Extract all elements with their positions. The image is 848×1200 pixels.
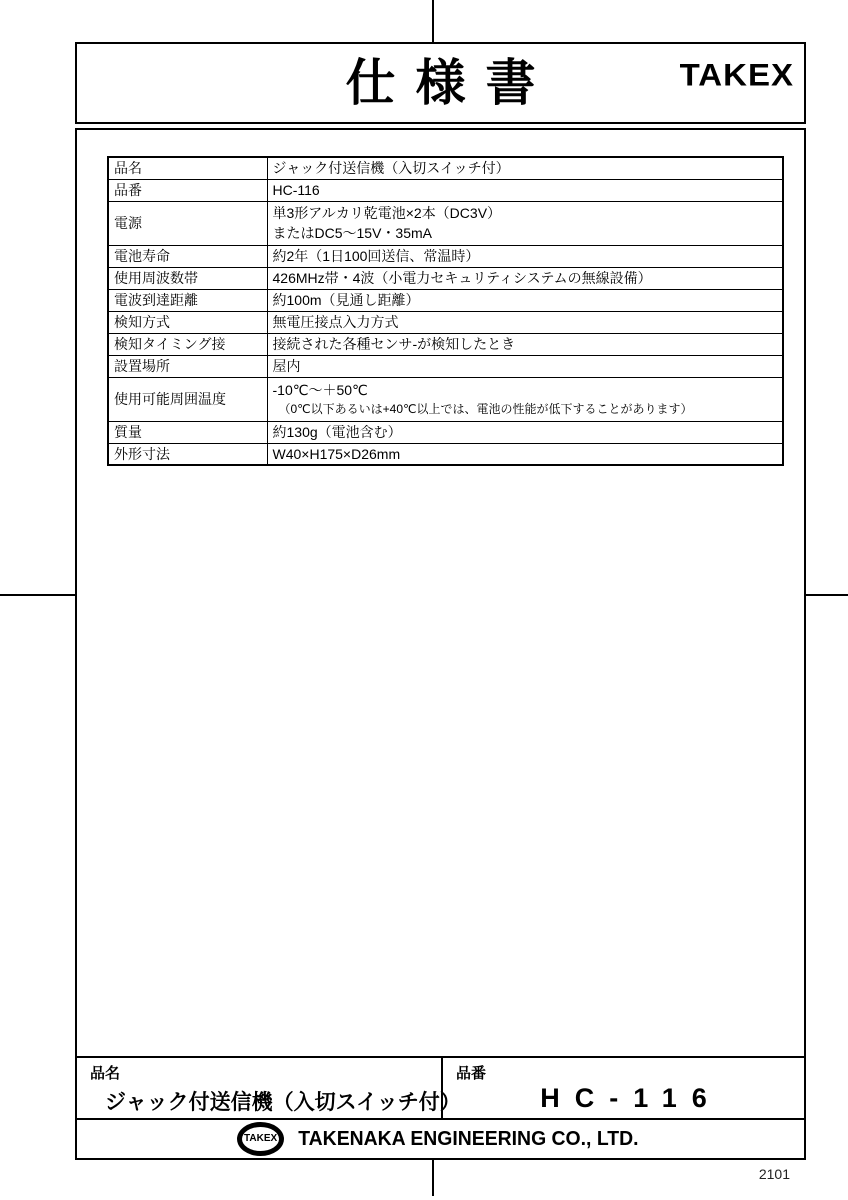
- table-row: 品名 ジャック付送信機（入切スイッチ付）: [108, 157, 783, 179]
- spec-value: -10℃～＋50℃ （0℃以下あるいは+40℃以上では、電池の性能が低下すること…: [267, 377, 783, 421]
- product-name-value: ジャック付送信機（入切スイッチ付）: [105, 1086, 441, 1116]
- table-row: 電源 単3形アルカリ乾電池×2本（DC3V） またはDC5～15V・35mA: [108, 201, 783, 245]
- spec-label: 電波到達距離: [108, 289, 267, 311]
- spec-value: 約130g（電池含む）: [267, 421, 783, 443]
- bottom-title-block: 品名 ジャック付送信機（入切スイッチ付） 品番 HC-116: [77, 1056, 804, 1118]
- takex-oval-logo-icon: TAKEX: [237, 1122, 284, 1156]
- table-row: 使用周波数帯 426MHz帯・4波（小電力セキュリティシステムの無線設備）: [108, 267, 783, 289]
- part-number-value: HC-116: [443, 1083, 804, 1114]
- company-footer: TAKEX TAKENAKA ENGINEERING CO., LTD.: [77, 1118, 804, 1158]
- crop-mark-right: [805, 594, 848, 596]
- takex-wordmark: TAKEX: [680, 57, 794, 93]
- spec-label: 設置場所: [108, 355, 267, 377]
- spec-label: 検知方式: [108, 311, 267, 333]
- crop-mark-left: [0, 594, 76, 596]
- table-row: 検知方式 無電圧接点入力方式: [108, 311, 783, 333]
- spec-label: 外形寸法: [108, 443, 267, 465]
- spec-value: W40×H175×D26mm: [267, 443, 783, 465]
- table-row: 電波到達距離 約100m（見通し距離）: [108, 289, 783, 311]
- spec-label: 電源: [108, 201, 267, 245]
- spec-label: 品名: [108, 157, 267, 179]
- company-name: TAKENAKA ENGINEERING CO., LTD.: [298, 1128, 638, 1151]
- table-row: 質量 約130g（電池含む）: [108, 421, 783, 443]
- page-number: 2101: [759, 1166, 790, 1182]
- spec-value: 単3形アルカリ乾電池×2本（DC3V） またはDC5～15V・35mA: [267, 201, 783, 245]
- spec-value: 約100m（見通し距離）: [267, 289, 783, 311]
- spec-label: 使用周波数帯: [108, 267, 267, 289]
- spec-label: 検知タイミング接: [108, 333, 267, 355]
- product-name-label: 品名: [77, 1058, 441, 1083]
- spec-label: 使用可能周囲温度: [108, 377, 267, 421]
- spec-value: 屋内: [267, 355, 783, 377]
- table-row: 検知タイミング接 接続された各種センサ-が検知したとき: [108, 333, 783, 355]
- page-title: 仕様書: [326, 58, 556, 108]
- crop-mark-top: [432, 0, 434, 43]
- title-band: 仕様書 TAKEX: [75, 42, 806, 124]
- spec-table: 品名 ジャック付送信機（入切スイッチ付） 品番 HC-116 電源 単3形アルカ…: [107, 156, 784, 466]
- table-row: 品番 HC-116: [108, 179, 783, 201]
- spec-label: 品番: [108, 179, 267, 201]
- table-row: 使用可能周囲温度 -10℃～＋50℃ （0℃以下あるいは+40℃以上では、電池の…: [108, 377, 783, 421]
- document-body: 品名 ジャック付送信機（入切スイッチ付） 品番 HC-116 電源 単3形アルカ…: [75, 128, 806, 1160]
- table-row: 設置場所 屋内: [108, 355, 783, 377]
- spec-value: HC-116: [267, 179, 783, 201]
- spec-value: 426MHz帯・4波（小電力セキュリティシステムの無線設備）: [267, 267, 783, 289]
- table-row: 電池寿命 約2年（1日100回送信、常温時）: [108, 245, 783, 267]
- spec-sheet-page: 仕様書 TAKEX 品名 ジャック付送信機（入切スイッチ付） 品番 HC-116…: [0, 0, 848, 1200]
- part-number-label: 品番: [443, 1058, 804, 1083]
- table-row: 外形寸法 W40×H175×D26mm: [108, 443, 783, 465]
- spec-value: 接続された各種センサ-が検知したとき: [267, 333, 783, 355]
- spec-value: 無電圧接点入力方式: [267, 311, 783, 333]
- spec-value: 約2年（1日100回送信、常温時）: [267, 245, 783, 267]
- spec-label: 質量: [108, 421, 267, 443]
- spec-value: ジャック付送信機（入切スイッチ付）: [267, 157, 783, 179]
- product-name-cell: 品名 ジャック付送信機（入切スイッチ付）: [77, 1058, 443, 1118]
- crop-mark-bottom: [432, 1159, 434, 1196]
- part-number-cell: 品番 HC-116: [443, 1058, 804, 1118]
- spec-label: 電池寿命: [108, 245, 267, 267]
